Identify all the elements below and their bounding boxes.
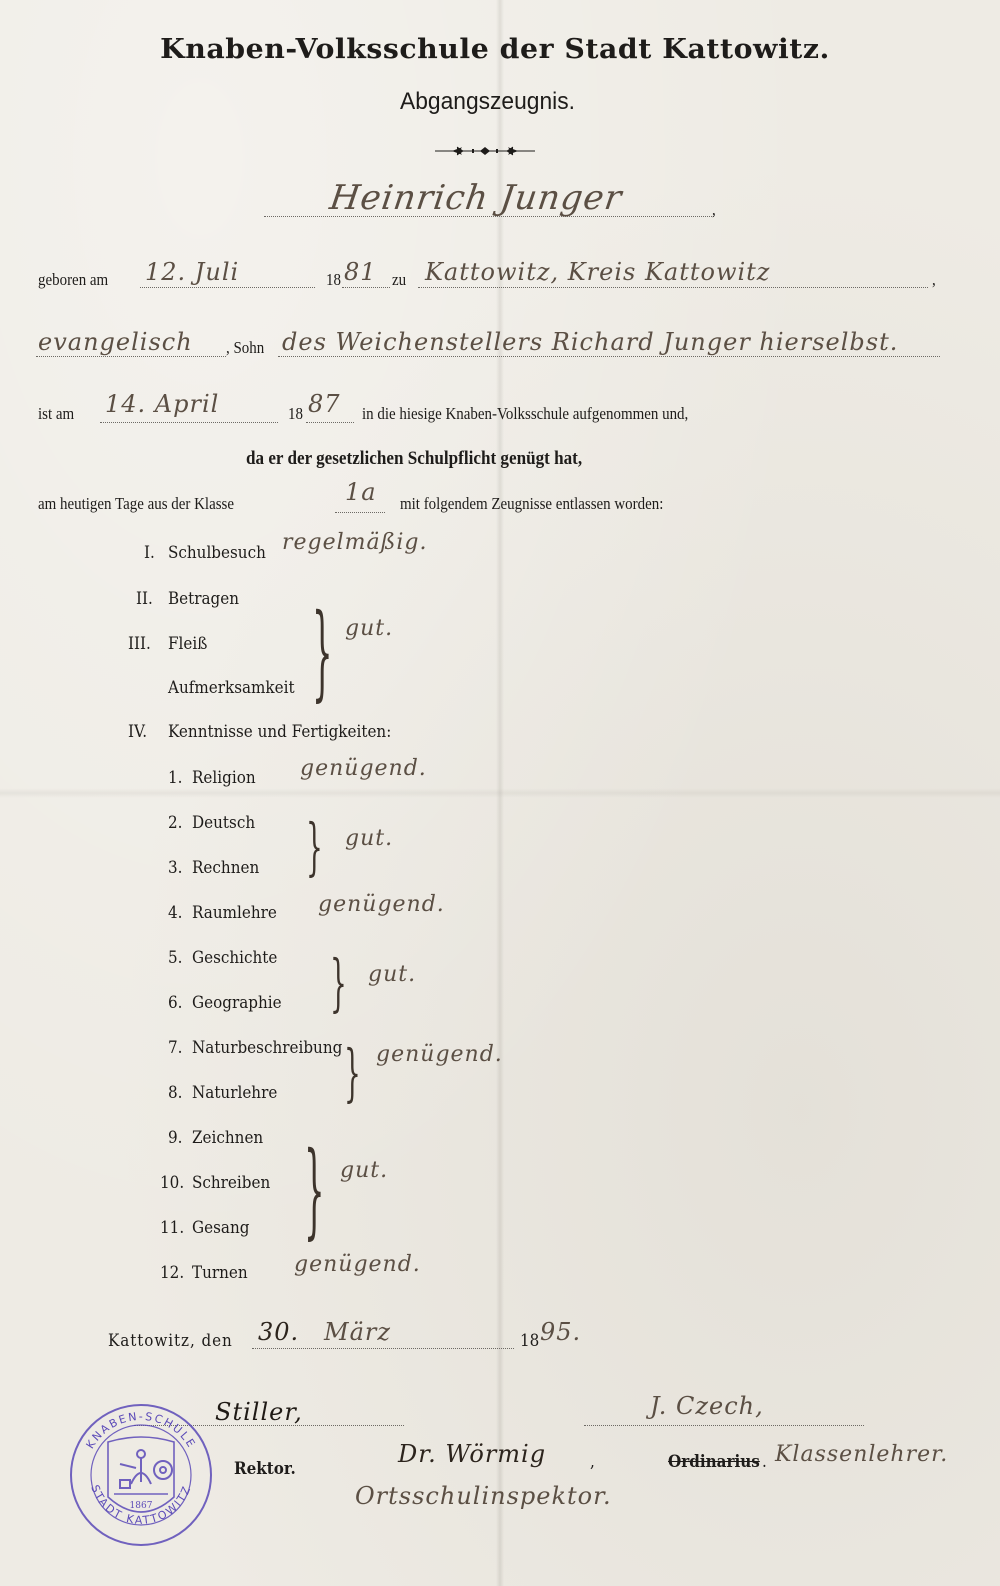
date-day: 30. (258, 1318, 299, 1346)
inspector-signature: Dr. Wörmig (398, 1440, 546, 1468)
grade-group-brace: } (312, 592, 333, 712)
grade-row-subject: Aufmerksamkeit (168, 678, 295, 697)
teacher-label-struck: Ordinarius (668, 1452, 760, 1471)
class-value: 1a (345, 478, 377, 506)
subject-name: Raumlehre (192, 903, 277, 922)
admitted-day-month: 14. April (105, 390, 219, 418)
place-label: zu (392, 270, 406, 290)
grade-row-subject: Fleiß (168, 634, 207, 653)
admitted-year-dotted-line (306, 422, 354, 423)
date-year-prefix: 18 (520, 1331, 539, 1350)
teacher-signature: J. Czech, (650, 1392, 764, 1420)
subject-name: Naturlehre (192, 1083, 277, 1102)
rektor-signature: Stiller, (215, 1398, 303, 1426)
date-dotted-line (252, 1348, 514, 1349)
father-value: des Weichenstellers Richard Junger hiers… (282, 328, 898, 356)
subject-num: 8. (168, 1083, 182, 1102)
subject-name: Schreiben (192, 1173, 270, 1192)
subject-name: Zeichnen (192, 1128, 263, 1147)
subject-group-brace: } (306, 812, 323, 883)
subject-name: Geschichte (192, 948, 277, 967)
subject-grade-geschichte-geographie: gut. (368, 962, 416, 987)
birth-place: Kattowitz, Kreis Kattowitz (425, 258, 770, 286)
admitted-label: ist am (38, 404, 74, 424)
grade-row-subject: Betragen (168, 589, 239, 608)
teacher-dotted-line (584, 1425, 864, 1426)
birth-year-suffix: 81 (344, 258, 377, 286)
subject-grade-zeichnen-schreiben-gesang: gut. (340, 1158, 388, 1183)
subject-grade-raumlehre: genügend. (318, 892, 445, 917)
student-name: Heinrich Junger (327, 178, 625, 218)
subject-name: Gesang (192, 1218, 249, 1237)
stamp-year: 1867 (130, 1501, 153, 1511)
birth-year-prefix: 18 (326, 270, 341, 290)
subject-num: 1. (168, 768, 182, 787)
grade-group-value: gut. (345, 616, 393, 641)
name-comma: , (712, 200, 716, 220)
subject-name: Deutsch (192, 813, 255, 832)
class-dotted-line (335, 512, 385, 513)
subject-num: 7. (168, 1038, 182, 1057)
subject-name: Turnen (192, 1263, 248, 1282)
knowledge-num: IV. (128, 722, 147, 741)
inspector-title: Ortsschulinspektor. (355, 1482, 612, 1510)
birthplace-dotted-line (418, 287, 928, 288)
grade-row-subject: Schulbesuch (168, 543, 266, 562)
line-end-comma: , (932, 270, 936, 290)
admitted-year-prefix: 18 (288, 404, 303, 424)
subject-grade-deutsch-rechnen: gut. (345, 826, 393, 851)
subject-group-brace: } (330, 948, 347, 1019)
admitted-year-suffix: 87 (308, 390, 341, 418)
grade-row-value: regelmäßig. (282, 530, 427, 555)
knowledge-header: Kenntnisse und Fertigkeiten: (168, 722, 391, 741)
subject-num: 11. (160, 1218, 184, 1237)
date-place-label: Kattowitz, den (108, 1331, 233, 1350)
document-title: Knaben-Volksschule der Stadt Kattowitz. (0, 34, 1000, 65)
grade-row-num: II. (136, 589, 153, 608)
subject-name: Naturbeschreibung (192, 1038, 342, 1057)
grade-row-num: I. (144, 543, 155, 562)
subject-group-brace: } (344, 1038, 361, 1109)
class-label-post: mit folgendem Zeugnisse entlassen worden… (400, 494, 663, 514)
subject-grade-natur: genügend. (376, 1042, 503, 1067)
inspector-comma: , (590, 1452, 595, 1471)
grade-row-num: III. (128, 634, 151, 653)
subject-num: 5. (168, 948, 182, 967)
admitted-date-dotted-line (100, 422, 278, 423)
birth-day-month: 12. Juli (145, 258, 239, 286)
rektor-label: Rektor. (234, 1459, 296, 1478)
subject-num: 10. (160, 1173, 184, 1192)
class-label-pre: am heutigen Tage aus der Klasse (38, 494, 234, 514)
born-label: geboren am (38, 270, 108, 290)
subject-num: 9. (168, 1128, 182, 1147)
subject-num: 12. (160, 1263, 184, 1282)
birth-year-dotted-line (342, 287, 390, 288)
statement-bold-line: da er der gesetzlichen Schulpflicht genü… (246, 448, 582, 470)
subject-grade-turnen: genügend. (294, 1252, 421, 1277)
teacher-label-dot: . (762, 1452, 767, 1471)
subject-num: 4. (168, 903, 182, 922)
subject-name: Rechnen (192, 858, 259, 877)
religion-dotted-line (36, 356, 226, 357)
birthdate-dotted-line (140, 287, 315, 288)
subject-name: Religion (192, 768, 256, 787)
father-dotted-line (278, 356, 940, 357)
subject-num: 2. (168, 813, 182, 832)
admitted-text: in die hiesige Knaben-Volksschule aufgen… (362, 404, 688, 424)
ornamental-divider-icon (435, 145, 535, 157)
date-month: März (324, 1318, 391, 1346)
subject-num: 3. (168, 858, 182, 877)
religion-value: evangelisch (38, 328, 193, 356)
document-subtitle: Abgangszeugnis. (24, 88, 950, 116)
teacher-title: Klassenlehrer. (775, 1442, 948, 1467)
son-label: , Sohn (226, 338, 264, 358)
subject-name: Geographie (192, 993, 282, 1012)
subject-group-brace: } (304, 1130, 325, 1250)
subject-grade-religion: genügend. (300, 756, 427, 781)
subject-num: 6. (168, 993, 182, 1012)
school-seal-stamp-icon: KNABEN-SCHULE STADT KATTOWITZ 1867 (68, 1402, 214, 1548)
date-year-suffix: 95. (540, 1318, 581, 1346)
